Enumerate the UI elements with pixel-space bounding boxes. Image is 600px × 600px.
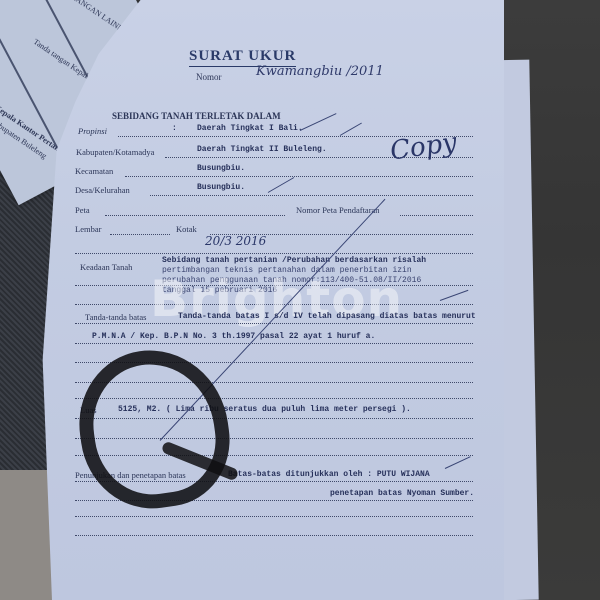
penunjukan-line: Batas-batas ditunjukkan oleh : PUTU WIJA…: [228, 470, 430, 479]
tanda-batas-line: Tanda-tanda batas I s/d IV telah dipasan…: [178, 312, 476, 321]
field-label-desa: Desa/Kelurahan: [75, 185, 130, 195]
field-label-propinsi: Propinsi: [78, 126, 107, 136]
dotted-line: [400, 215, 473, 216]
dotted-line: [75, 253, 473, 254]
dotted-line: [75, 516, 473, 517]
field-value-kecamatan: Busungbiu.: [197, 164, 245, 173]
dotted-line: [75, 535, 473, 536]
field-label-nomor-peta: Nomor Peta Pendaftaran: [296, 205, 380, 215]
keadaan-tanah-line: Sebidang tanah pertanian /Perubahan berd…: [162, 256, 426, 265]
field-value-desa: Busungbiu.: [197, 183, 245, 192]
field-label-kabupaten: Kabupaten/Kotamadya: [76, 147, 154, 157]
nomor-handwritten-value: Kwamangbiu /2011: [256, 64, 384, 79]
field-label-kecamatan: Kecamatan: [75, 166, 113, 176]
dotted-line: [105, 215, 285, 216]
field-label-lembar: Lembar: [75, 224, 101, 234]
nomor-label: Nomor: [196, 72, 222, 82]
dotted-line: [150, 195, 473, 196]
dotted-line: [110, 234, 170, 235]
keadaan-tanah-label: Keadaan Tanah: [80, 262, 132, 272]
field-value-kabupaten: Daerah Tingkat II Buleleng.: [197, 145, 327, 154]
field-label-peta: Peta: [75, 205, 90, 215]
dotted-line: [75, 343, 473, 344]
colon: :: [172, 124, 177, 133]
dotted-line: [125, 176, 473, 177]
handwritten-date: 20/3 2016: [205, 234, 266, 248]
section-heading: SEBIDANG TANAH TERLETAK DALAM: [112, 111, 281, 121]
penunjukan-line: penetapan batas Nyoman Sumber.: [330, 489, 474, 498]
field-value-propinsi: Daerah Tingkat I Bali.: [197, 124, 303, 133]
dotted-line: [75, 323, 473, 324]
field-label-kotak: Kotak: [176, 224, 197, 234]
tanda-batas-line: P.M.N.A / Kep. B.P.N No. 3 th.1997 pasal…: [92, 332, 375, 341]
tanda-batas-label: Tanda-tanda batas: [85, 312, 146, 322]
